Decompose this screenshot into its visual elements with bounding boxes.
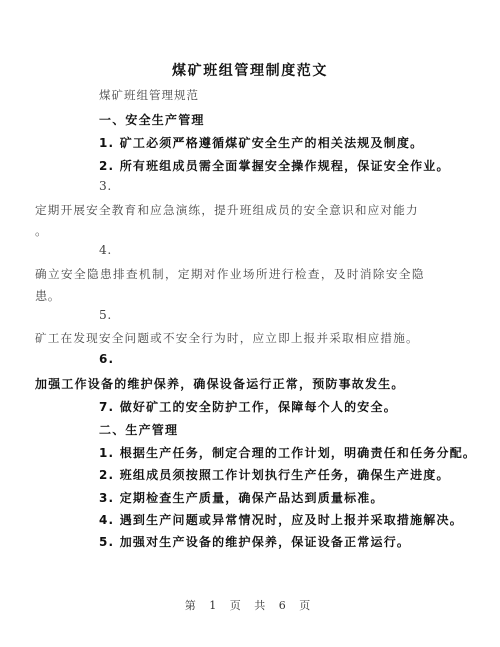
item-text: 加强对生产设备的维护保养，保证设备正常运行。 <box>120 535 410 549</box>
item-number: 6. <box>99 352 114 366</box>
item-number: 4. <box>99 513 114 527</box>
page-footer: 第 1 页 共 6 页 <box>0 597 500 613</box>
item-text: 矿工必须严格遵循煤矿安全生产的相关法规及制度。 <box>120 136 424 150</box>
list-item: 7. 做好矿工的安全防护工作，保障每个人的安全。 <box>99 398 397 415</box>
item-number: 5. <box>99 535 114 549</box>
item-text-continued: 。 <box>35 222 48 239</box>
item-text: 定期检查生产质量，确保产品达到质量标准。 <box>120 491 384 505</box>
item-number: 2. <box>99 159 114 173</box>
list-item: 3. 定期检查生产质量，确保产品达到质量标准。 <box>99 489 384 506</box>
item-text: 所有班组成员需全面掌握安全操作规程，保证安全作业。 <box>120 159 450 173</box>
item-text: 遇到生产问题或异常情况时，应及时上报并采取措施解决。 <box>120 513 463 527</box>
item-number: 7. <box>99 400 114 414</box>
document-subtitle: 煤矿班组管理规范 <box>99 87 199 103</box>
item-number: 3. <box>99 491 114 505</box>
item-text: 加强工作设备的维护保养，确保设备运行正常，预防事故发生。 <box>35 375 405 392</box>
list-item: 1. 根据生产任务，制定合理的工作计划，明确责任和任务分配。 <box>99 444 476 461</box>
list-item: 2. 班组成员须按照工作计划执行生产任务，确保生产进度。 <box>99 466 450 483</box>
item-text: 确立安全隐患排查机制，定期对作业场所进行检查，及时消除安全隐 <box>35 266 425 282</box>
item-text: 矿工在发现安全问题或不安全行为时，应立即上报并采取相应措施。 <box>35 330 419 346</box>
list-item: 1. 矿工必须严格遵循煤矿安全生产的相关法规及制度。 <box>99 134 423 151</box>
item-number: 5. <box>99 308 112 322</box>
list-item: 5. 加强对生产设备的维护保养，保证设备正常运行。 <box>99 533 410 550</box>
item-number: 2. <box>99 468 114 482</box>
item-number: 3. <box>99 179 112 193</box>
item-number: 1. <box>99 136 114 150</box>
item-text-continued: 患。 <box>35 287 61 304</box>
list-item: 4. 遇到生产问题或异常情况时，应及时上报并采取措施解决。 <box>99 511 463 528</box>
item-number: 4. <box>99 243 112 257</box>
section-heading-production: 二、生产管理 <box>99 421 178 438</box>
item-text: 定期开展安全教育和应急演练，提升班组成员的安全意识和应对能力 <box>35 202 419 218</box>
item-text: 做好矿工的安全防护工作，保障每个人的安全。 <box>120 400 397 414</box>
item-text: 班组成员须按照工作计划执行生产任务，确保生产进度。 <box>120 468 450 482</box>
list-item: 2. 所有班组成员需全面掌握安全操作规程，保证安全作业。 <box>99 157 450 174</box>
item-text: 根据生产任务，制定合理的工作计划，明确责任和任务分配。 <box>120 446 476 460</box>
item-number: 1. <box>99 446 114 460</box>
section-heading-safety: 一、安全生产管理 <box>99 111 205 128</box>
document-title: 煤矿班组管理制度范文 <box>0 60 500 80</box>
